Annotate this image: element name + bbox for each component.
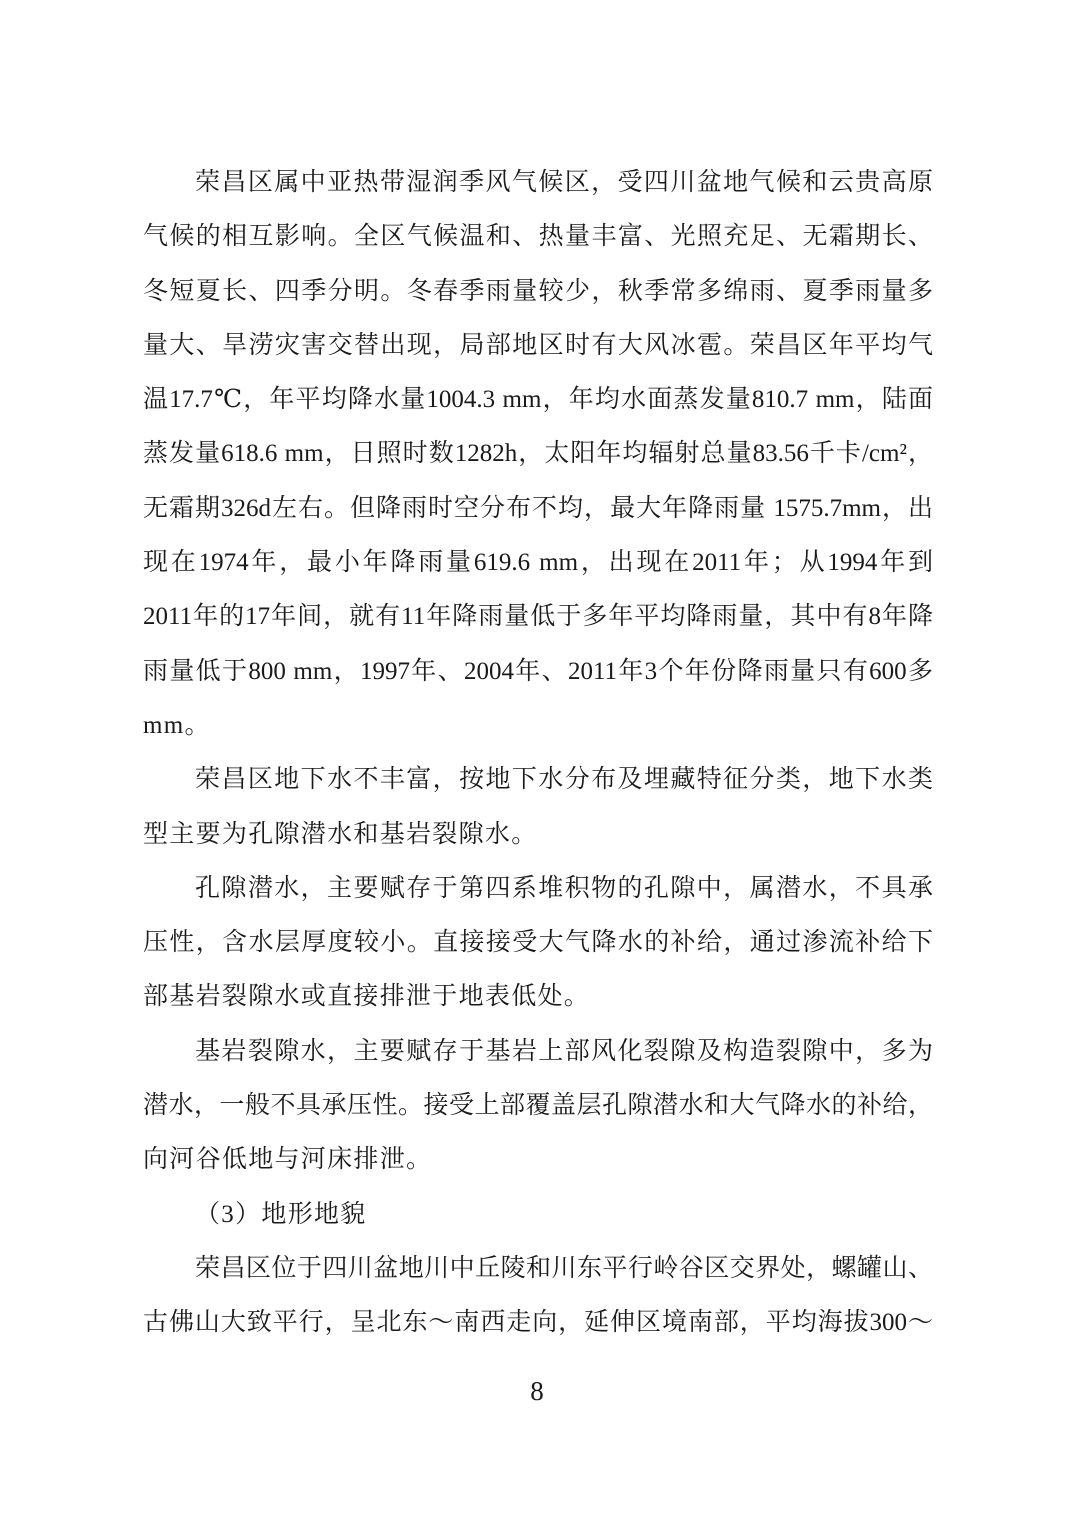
text-line: 2011年的17年间，就有11年降雨量低于多年平均降雨量，其中有8年降: [143, 590, 933, 644]
text-line: 压性，含水层厚度较小。直接接受大气降水的补给，通过渗流补给下: [143, 916, 933, 970]
text-line: 荣昌区位于四川盆地川中丘陵和川东平行岭谷区交界处，螺罐山、: [143, 1242, 933, 1296]
text-line: 潜水，一般不具承压性。接受上部覆盖层孔隙潜水和大气降水的补给，: [143, 1079, 933, 1133]
text-line: （3）地形地貌: [143, 1188, 933, 1242]
text-line: 冬短夏长、四季分明。冬春季雨量较少，秋季常多绵雨、夏季雨量多: [143, 265, 933, 319]
paragraph-terrain: 荣昌区位于四川盆地川中丘陵和川东平行岭谷区交界处，螺罐山、古佛山大致平行，呈北东…: [143, 1242, 933, 1351]
text-line: 现在1974年，最小年降雨量619.6 mm，出现在2011年；从1994年到: [143, 536, 933, 590]
document-body: 荣昌区属中亚热带湿润季风气候区，受四川盆地气候和云贵高原气候的相互影响。全区气候…: [143, 156, 933, 1351]
text-line: 无霜期326d左右。但降雨时空分布不均，最大年降雨量 1575.7mm，出: [143, 482, 933, 536]
text-line: 孔隙潜水，主要赋存于第四系堆积物的孔隙中，属潜水，不具承: [143, 862, 933, 916]
text-line: 量大、旱涝灾害交替出现，局部地区时有大风冰雹。荣昌区年平均气: [143, 319, 933, 373]
paragraph-bedrock-fissure-water: 基岩裂隙水，主要赋存于基岩上部风化裂隙及构造裂隙中，多为潜水，一般不具承压性。接…: [143, 1025, 933, 1188]
paragraph-terrain-heading: （3）地形地貌: [143, 1188, 933, 1242]
text-line: 荣昌区属中亚热带湿润季风气候区，受四川盆地气候和云贵高原: [143, 156, 933, 210]
text-line: 基岩裂隙水，主要赋存于基岩上部风化裂隙及构造裂隙中，多为: [143, 1025, 933, 1079]
text-line: 荣昌区地下水不丰富，按地下水分布及埋藏特征分类，地下水类: [143, 753, 933, 807]
text-line: 部基岩裂隙水或直接排泄于地表低处。: [143, 970, 933, 1024]
paragraph-climate: 荣昌区属中亚热带湿润季风气候区，受四川盆地气候和云贵高原气候的相互影响。全区气候…: [143, 156, 933, 753]
text-line: 温17.7℃，年平均降水量1004.3 mm，年均水面蒸发量810.7 mm，陆…: [143, 373, 933, 427]
text-line: 气候的相互影响。全区气候温和、热量丰富、光照充足、无霜期长、: [143, 210, 933, 264]
text-line: 古佛山大致平行，呈北东～南西走向，延伸区境南部，平均海拔300～: [143, 1296, 933, 1350]
text-line: 雨量低于800 mm，1997年、2004年、2011年3个年份降雨量只有600…: [143, 645, 933, 699]
text-line: 型主要为孔隙潜水和基岩裂隙水。: [143, 808, 933, 862]
document-page: 荣昌区属中亚热带湿润季风气候区，受四川盆地气候和云贵高原气候的相互影响。全区气候…: [0, 0, 1074, 1520]
text-line: 向河谷低地与河床排泄。: [143, 1133, 933, 1187]
text-line: 蒸发量618.6 mm，日照时数1282h，太阳年均辐射总量83.56千卡/cm…: [143, 427, 933, 481]
text-line: mm。: [143, 699, 933, 753]
paragraph-groundwater-overview: 荣昌区地下水不丰富，按地下水分布及埋藏特征分类，地下水类型主要为孔隙潜水和基岩裂…: [143, 753, 933, 862]
page-number: 8: [0, 1376, 1074, 1406]
paragraph-pore-phreatic-water: 孔隙潜水，主要赋存于第四系堆积物的孔隙中，属潜水，不具承压性，含水层厚度较小。直…: [143, 862, 933, 1025]
